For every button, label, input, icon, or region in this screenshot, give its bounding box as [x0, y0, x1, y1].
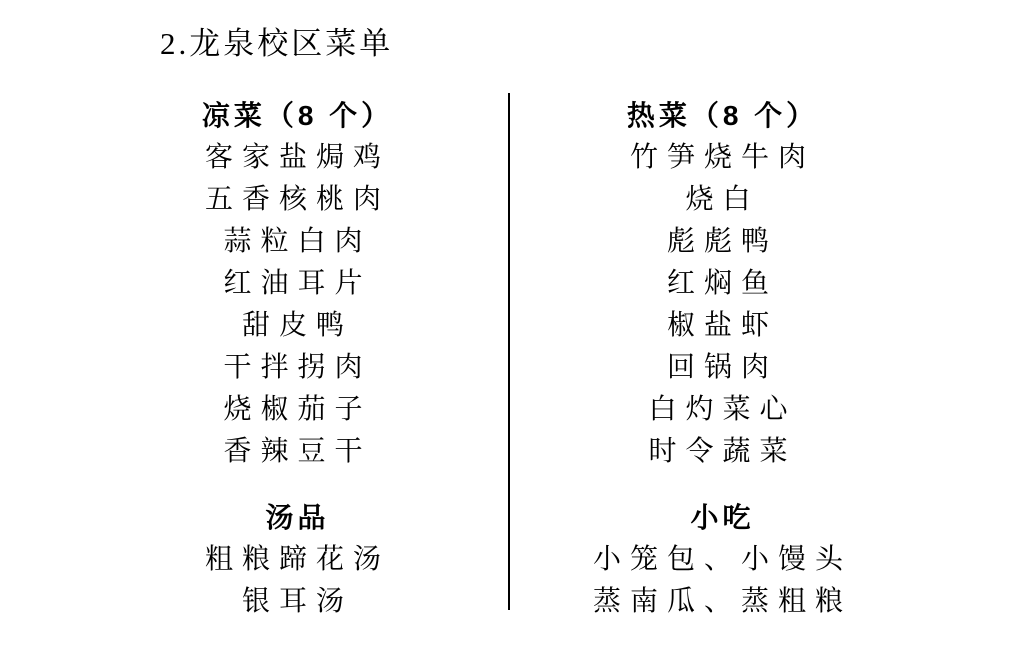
menu-item: 回锅肉: [520, 347, 925, 389]
menu-item: 烧白: [520, 179, 925, 221]
menu-item: 香辣豆干: [95, 431, 500, 473]
menu-item: 时令蔬菜: [520, 431, 925, 473]
menu-item: 蒸南瓜、蒸粗粮: [520, 581, 925, 623]
menu-document-page: 2.龙泉校区菜单 凉菜（8 个） 客家盐焗鸡 五香核桃肉 蒜粒白肉 红油耳片 甜…: [0, 0, 1018, 668]
menu-item: 粗粮蹄花汤: [95, 539, 500, 581]
menu-item: 小笼包、小馒头: [520, 539, 925, 581]
section-gap: [95, 473, 500, 497]
menu-item: 银耳汤: [95, 581, 500, 623]
hot-dishes-column: 热菜（8 个） 竹笋烧牛肉 烧白 彪彪鸭 红焖鱼 椒盐虾 回锅肉 白灼菜心 时令…: [520, 95, 925, 623]
menu-item: 白灼菜心: [520, 389, 925, 431]
menu-item: 五香核桃肉: [95, 179, 500, 221]
section-gap: [520, 473, 925, 497]
menu-item: 干拌拐肉: [95, 347, 500, 389]
column-divider-rule: [508, 93, 510, 610]
menu-item: 客家盐焗鸡: [95, 137, 500, 179]
cold-dishes-heading: 凉菜（8 个）: [95, 95, 500, 137]
hot-dishes-heading: 热菜（8 个）: [520, 95, 925, 137]
menu-item: 烧椒茄子: [95, 389, 500, 431]
cold-dishes-column: 凉菜（8 个） 客家盐焗鸡 五香核桃肉 蒜粒白肉 红油耳片 甜皮鸭 干拌拐肉 烧…: [95, 95, 500, 623]
page-title: 2.龙泉校区菜单: [160, 18, 393, 63]
menu-item: 红焖鱼: [520, 263, 925, 305]
menu-item: 蒜粒白肉: [95, 221, 500, 263]
soups-heading: 汤品: [95, 497, 500, 539]
menu-item: 甜皮鸭: [95, 305, 500, 347]
menu-item: 竹笋烧牛肉: [520, 137, 925, 179]
menu-item: 椒盐虾: [520, 305, 925, 347]
snacks-heading: 小吃: [520, 497, 925, 539]
menu-item: 彪彪鸭: [520, 221, 925, 263]
menu-item: 红油耳片: [95, 263, 500, 305]
